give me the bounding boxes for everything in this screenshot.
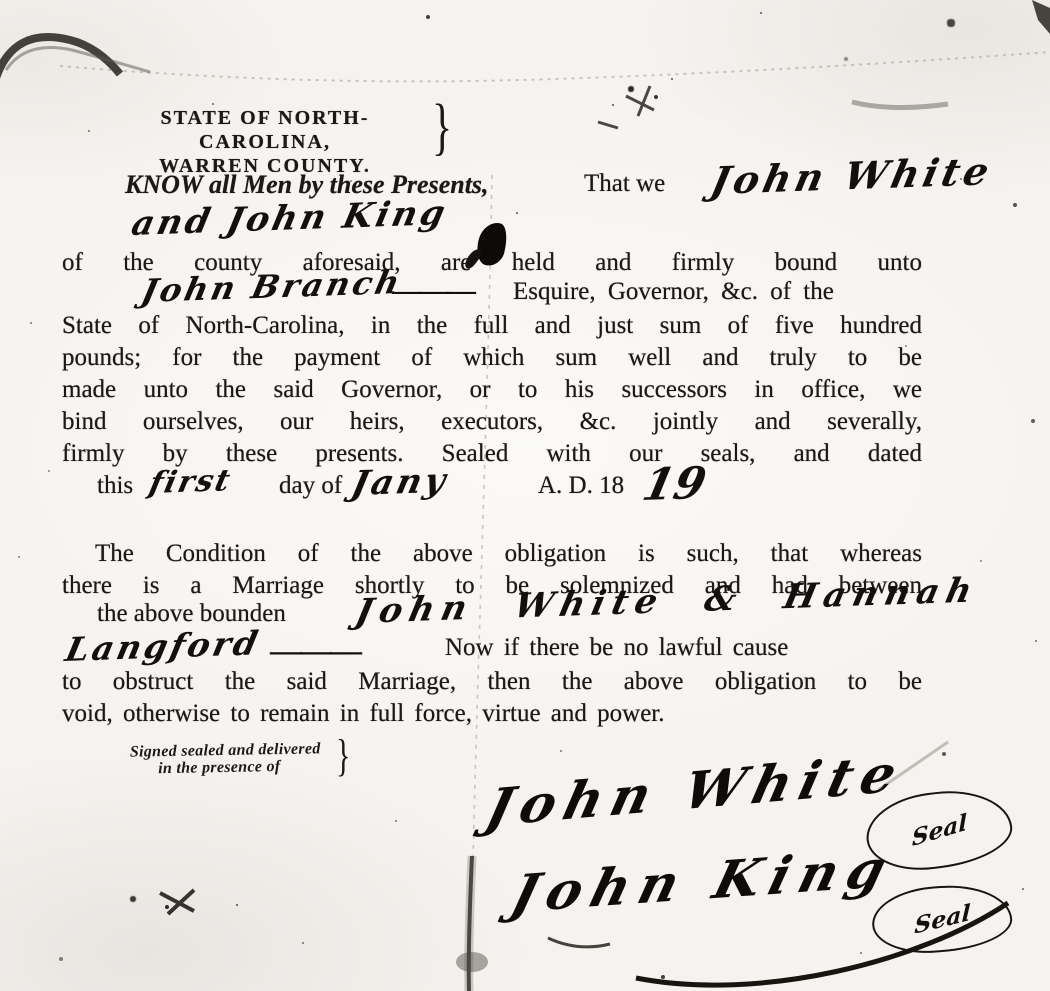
- county-heading: STATE OF NORTH-CAROLINA, WARREN COUNTY.: [96, 106, 434, 178]
- handwritten-day: first: [146, 463, 235, 501]
- heading-brace-icon: }: [432, 92, 452, 164]
- bond-line-7: made unto the said Governor, or to his s…: [62, 374, 922, 405]
- handwritten-dash-2: ———: [270, 632, 360, 669]
- seal-label: Seal: [913, 899, 970, 939]
- attestation-note: Signed sealed and delivered in the prese…: [130, 740, 321, 777]
- bond-line-2: and John King: [62, 208, 1002, 242]
- ink-x-mark: [160, 890, 194, 914]
- bond-line-5: State of North-Carolina, in the full and…: [62, 310, 922, 341]
- fold-crease-vertical-dark-soft: [469, 856, 472, 991]
- attestation-line-1: Signed sealed and delivered: [130, 740, 321, 760]
- bond-line-10: this first day of Jany A. D. 18 19: [62, 472, 1002, 506]
- bond-ad-18: A. D. 18: [538, 472, 624, 500]
- handwritten-principal-name: John White: [707, 148, 997, 203]
- attestation-brace-icon: }: [336, 732, 350, 783]
- handwritten-month: Jany: [348, 461, 452, 504]
- corner-ink-mark-top-left-echo: [6, 48, 150, 73]
- bond-line-8: bind ourselves, our heirs, executors, &c…: [62, 406, 922, 437]
- bond-line-6: pounds; for the payment of which sum wel…: [62, 342, 922, 373]
- bond-opening-roman: That we: [584, 170, 665, 198]
- fold-crease-top: [60, 52, 1050, 81]
- fold-crease-vertical-dark: [469, 856, 472, 991]
- crease-smudge-blob: [456, 952, 488, 972]
- fold-crease-top-smudge: [852, 102, 948, 108]
- handwritten-couple-surname: Langford: [62, 623, 264, 669]
- handwritten-year: 19: [638, 458, 711, 511]
- corner-ink-mark-top-right: [1032, 0, 1050, 34]
- condition-line-6: void, otherwise to remain in full force,…: [62, 698, 922, 729]
- handwritten-dash: ———: [392, 274, 473, 308]
- condition-line-5: to obstruct the said Marriage, then the …: [62, 666, 922, 697]
- signature-john-white: John White: [480, 743, 910, 839]
- seal-label: Seal: [911, 808, 967, 851]
- bond-line-1: KNOW all Men by these Presents, That we …: [62, 170, 1002, 204]
- bond-line-4-print: Esquire, Governor, &c. of the: [513, 278, 834, 306]
- condition-line-4: Langford ——— Now if there be no lawful c…: [62, 634, 1002, 668]
- corner-ink-mark-top-left: [0, 37, 120, 78]
- state-line: STATE OF NORTH-CAROLINA,: [96, 106, 434, 154]
- bond-line-4: John Branch ——— Esquire, Governor, &c. o…: [62, 278, 1002, 312]
- signature-underhook: [548, 938, 610, 947]
- document-scan: STATE OF NORTH-CAROLINA, WARREN COUNTY. …: [0, 0, 1050, 991]
- ink-specks: [0, 0, 2, 2]
- attestation-line-2: in the presence of: [130, 757, 321, 777]
- bond-day-of: day of: [279, 472, 342, 500]
- ink-smudge: [598, 86, 654, 128]
- handwritten-governor-name: John Branch: [138, 263, 406, 310]
- signature-john-king: John King: [505, 838, 901, 925]
- seal-oval-king: Seal: [870, 881, 1014, 957]
- condition-line-1: The Condition of the above obligation is…: [62, 538, 922, 569]
- bond-this: this: [97, 472, 133, 500]
- condition-line-4-print: Now if there be no lawful cause: [445, 634, 788, 662]
